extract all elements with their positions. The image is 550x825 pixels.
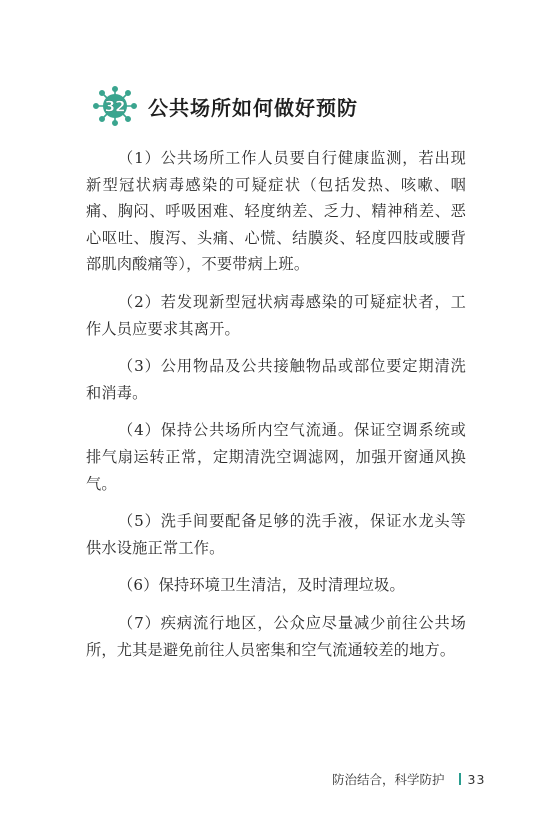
paragraph-3: （3）公用物品及公共接触物品或部位要定期清洗和消毒。: [86, 353, 466, 406]
virus-number-badge-icon: 32: [90, 86, 140, 126]
section-title: 公共场所如何做好预防: [148, 92, 358, 121]
page-footer: 防治结合，科学防护 33: [332, 770, 485, 788]
running-title: 防治结合，科学防护: [332, 770, 445, 788]
paragraph-2: （2）若发现新型冠状病毒感染的可疑症状者，工作人员应要求其离开。: [86, 289, 466, 342]
svg-text:32: 32: [105, 98, 126, 116]
article-body: （1）公共场所工作人员要自行健康监测，若出现新型冠状病毒感染的可疑症状（包括发热…: [86, 145, 466, 674]
footer-separator: [459, 773, 461, 785]
page-number: 33: [468, 772, 486, 787]
paragraph-1: （1）公共场所工作人员要自行健康监测，若出现新型冠状病毒感染的可疑症状（包括发热…: [86, 145, 466, 278]
paragraph-4: （4）保持公共场所内空气流通。保证空调系统或排气扇运转正常，定期清洗空调滤网，加…: [86, 417, 466, 497]
paragraph-5: （5）洗手间要配备足够的洗手液，保证水龙头等供水设施正常工作。: [86, 508, 466, 561]
paragraph-7: （7）疾病流行地区，公众应尽量减少前往公共场所，尤其是避免前往人员密集和空气流通…: [86, 610, 466, 663]
paragraph-6: （6）保持环境卫生清洁，及时清理垃圾。: [86, 572, 466, 599]
section-heading: 32 公共场所如何做好预防: [90, 86, 358, 126]
